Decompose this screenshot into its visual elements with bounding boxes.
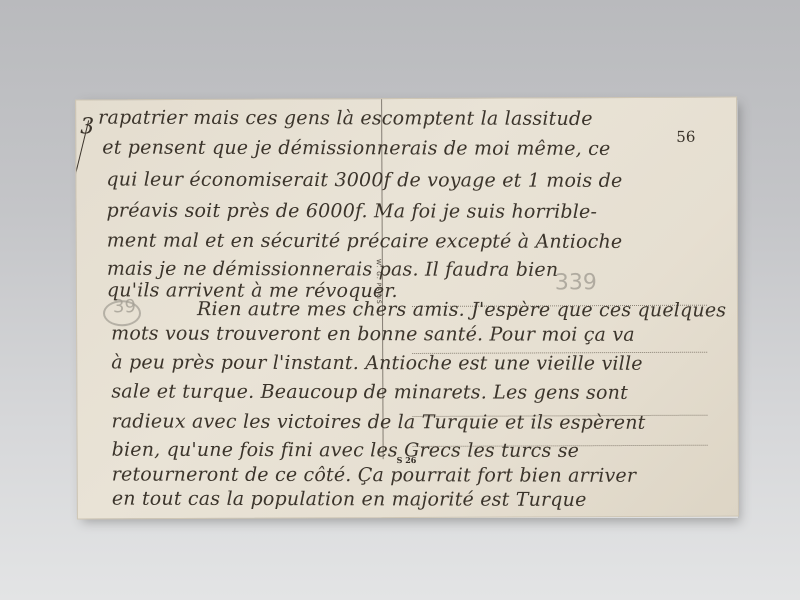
postcard: W. G. PARIS S 26 3 56 39 339 rapatrier m…	[75, 97, 739, 520]
handwritten-line: mais je ne démissionnerais pas. Il faudr…	[107, 258, 559, 281]
handwritten-line: mots vous trouveront en bonne santé. Pou…	[111, 322, 635, 345]
handwritten-line: radieux avec les victoires de la Turquie…	[111, 410, 645, 433]
handwritten-message: rapatrier mais ces gens là escomptent la…	[76, 98, 738, 519]
handwritten-line: qui leur économiserait 3000f de voyage e…	[106, 169, 622, 192]
handwritten-line: retourneront de ce côté. Ça pourrait for…	[112, 463, 637, 486]
handwritten-line: à peu près pour l'instant. Antioche est …	[111, 351, 643, 374]
handwritten-line: Rien autre mes chers amis. J'espère que …	[197, 298, 726, 321]
handwritten-line: ment mal et en sécurité précaire excepté…	[107, 230, 623, 253]
handwritten-line: et pensent que je démissionnerais de moi…	[102, 137, 610, 160]
handwritten-line: préavis soit près de 6000f. Ma foi je su…	[107, 200, 598, 223]
handwritten-line: bien, qu'une fois fini avec les Grecs le…	[112, 439, 580, 462]
handwritten-line: sale et turque. Beaucoup de minarets. Le…	[111, 380, 628, 403]
handwritten-line: en tout cas la population en majorité es…	[112, 488, 587, 511]
handwritten-line: rapatrier mais ces gens là escomptent la…	[98, 107, 593, 130]
